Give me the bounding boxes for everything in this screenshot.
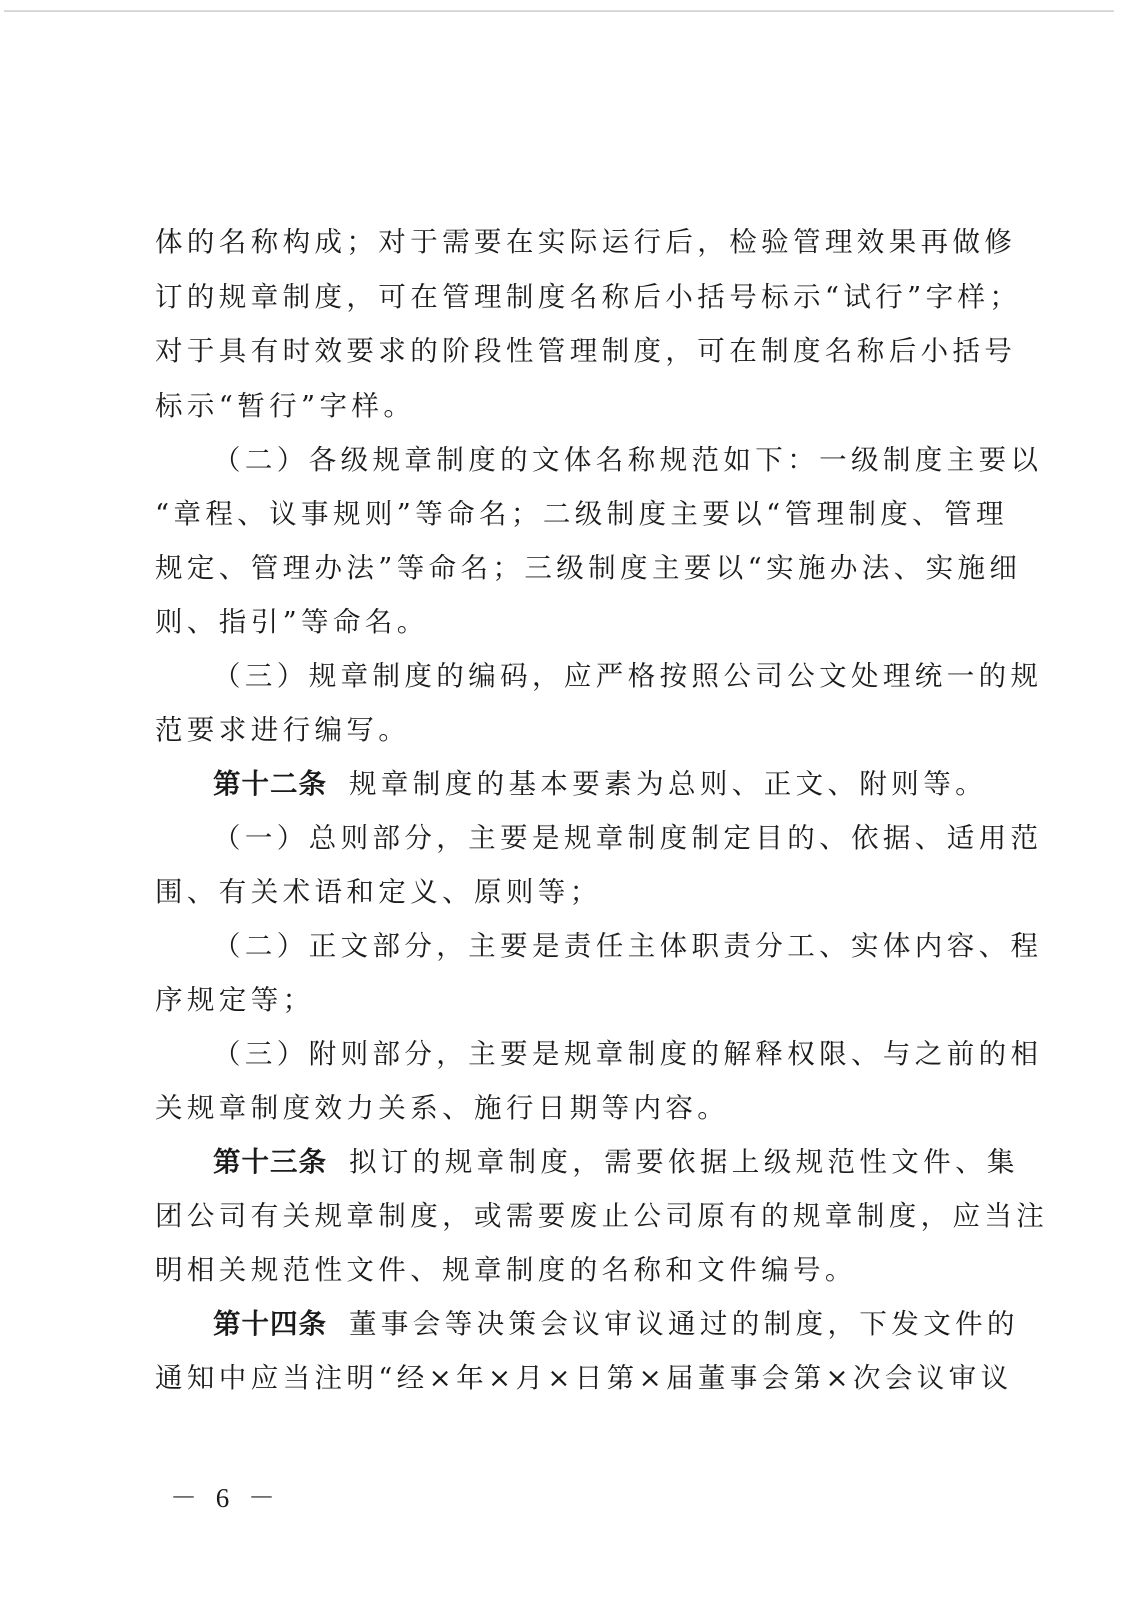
text-line: 则、指引”等命名。 [155, 602, 429, 642]
article-14: 第十四条董事会等决策会议审议通过的制度，下发文件的 [213, 1304, 1019, 1344]
text-line: 围、有关术语和定义、原则等； [155, 872, 602, 912]
article-text: 拟订的规章制度，需要依据上级规范性文件、集 [349, 1146, 1019, 1178]
clause-2-line: （二）各级规章制度的文体名称规范如下：一级制度主要以 [213, 440, 1042, 480]
text-line: 序规定等； [155, 980, 315, 1020]
article-heading: 第十三条 [213, 1146, 327, 1178]
text-line: 体的名称构成；对于需要在实际运行后，检验管理效果再做修 [155, 222, 1016, 262]
clause-1-line: （一）总则部分，主要是规章制度制定目的、依据、适用范 [213, 818, 1042, 858]
article-13: 第十三条拟订的规章制度，需要依据上级规范性文件、集 [213, 1142, 1019, 1182]
clause-3-line: （三）附则部分，主要是规章制度的解释权限、与之前的相 [213, 1034, 1042, 1074]
article-heading: 第十四条 [213, 1308, 327, 1340]
page-number: － 6 － [170, 1476, 281, 1515]
clause-3-line: （三）规章制度的编码，应严格按照公司公文处理统一的规 [213, 656, 1042, 696]
scan-edge-line [4, 10, 1114, 12]
text-line: 对于具有时效要求的阶段性管理制度，可在制度名称后小括号 [155, 331, 1016, 371]
text-line: 明相关规范性文件、规章制度的名称和文件编号。 [155, 1250, 857, 1290]
text-line: 订的规章制度，可在管理制度名称后小括号标示“试行”字样； [155, 277, 1021, 317]
text-line: “章程、议事规则”等命名；二级制度主要以“管理制度、管理 [155, 494, 1008, 534]
text-line: 规定、管理办法”等命名；三级制度主要以“实施办法、实施细 [155, 548, 1021, 588]
article-heading: 第十二条 [213, 768, 327, 800]
article-text: 董事会等决策会议审议通过的制度，下发文件的 [349, 1308, 1019, 1340]
text-line: 范要求进行编写。 [155, 710, 410, 750]
clause-2-line: （二）正文部分，主要是责任主体职责分工、实体内容、程 [213, 926, 1042, 966]
text-line: 关规章制度效力关系、施行日期等内容。 [155, 1088, 729, 1128]
article-text: 规章制度的基本要素为总则、正文、附则等。 [349, 768, 987, 800]
article-12: 第十二条规章制度的基本要素为总则、正文、附则等。 [213, 764, 987, 804]
text-line: 标示“暂行”字样。 [155, 386, 415, 426]
text-line: 团公司有关规章制度，或需要废止公司原有的规章制度，应当注 [155, 1196, 1048, 1236]
text-line: 通知中应当注明“经×年×月×日第×届董事会第×次会议审议 [155, 1358, 1012, 1398]
